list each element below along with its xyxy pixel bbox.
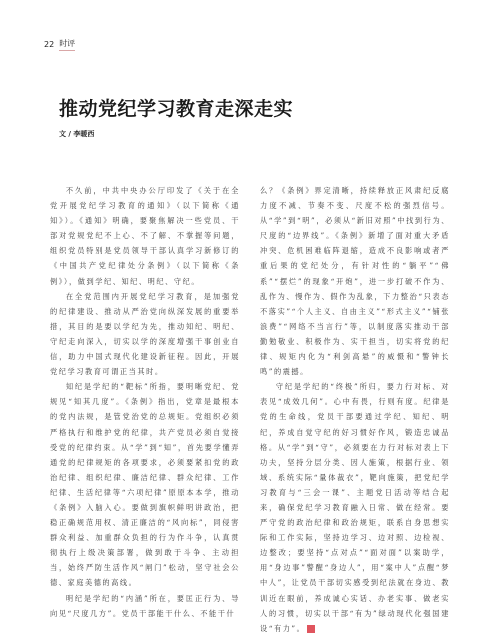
article-title: 推动党纪学习教育走深走实: [59, 94, 293, 121]
paragraph: 么？《条例》界定清晰，持续释放正风肃纪反腐力度不减、节奏不变、尺度不松的强烈信号…: [260, 183, 450, 379]
left-column: 不久前，中共中央办公厅印发了《关于在全党开展党纪学习教育的通知》（以下简称《通知…: [50, 183, 240, 621]
right-column: 么？《条例》界定清晰，持续释放正风肃纪反腐力度不减、节奏不变、尺度不松的强烈信号…: [260, 183, 450, 636]
end-mark-icon: E: [307, 625, 315, 633]
paragraph: 明纪是学纪的“内涵”所在，要匡正行为、导向见“尺度几方”。党员干部能干什么、不能…: [50, 591, 240, 621]
paragraph: 不久前，中共中央办公厅印发了《关于在全党开展党纪学习教育的通知》（以下简称《通知…: [50, 183, 240, 289]
paragraph: 守纪是学纪的“终极”所归，要力行对标、对表见“成效几何”。心中有畏，行则有度。纪…: [260, 379, 450, 636]
paragraph: 知纪是学纪的“靶标”所指，要明晰党纪、党规见“知其几度”。《条例》指出，党章是最…: [50, 379, 240, 590]
section-label: 时评: [59, 38, 75, 51]
paragraph-text: 守纪是学纪的“终极”所归，要力行对标、对表见“成效几何”。心中有畏，行则有度。纪…: [260, 382, 450, 633]
article-byline: 文 / 李暖西: [59, 129, 94, 139]
page-header: 22 时评: [44, 38, 75, 51]
paragraph: 在全党范围内开展党纪学习教育，是加强党的纪律建设、推动从严治党向纵深发展的重要举…: [50, 289, 240, 380]
page-number: 22: [44, 40, 54, 49]
